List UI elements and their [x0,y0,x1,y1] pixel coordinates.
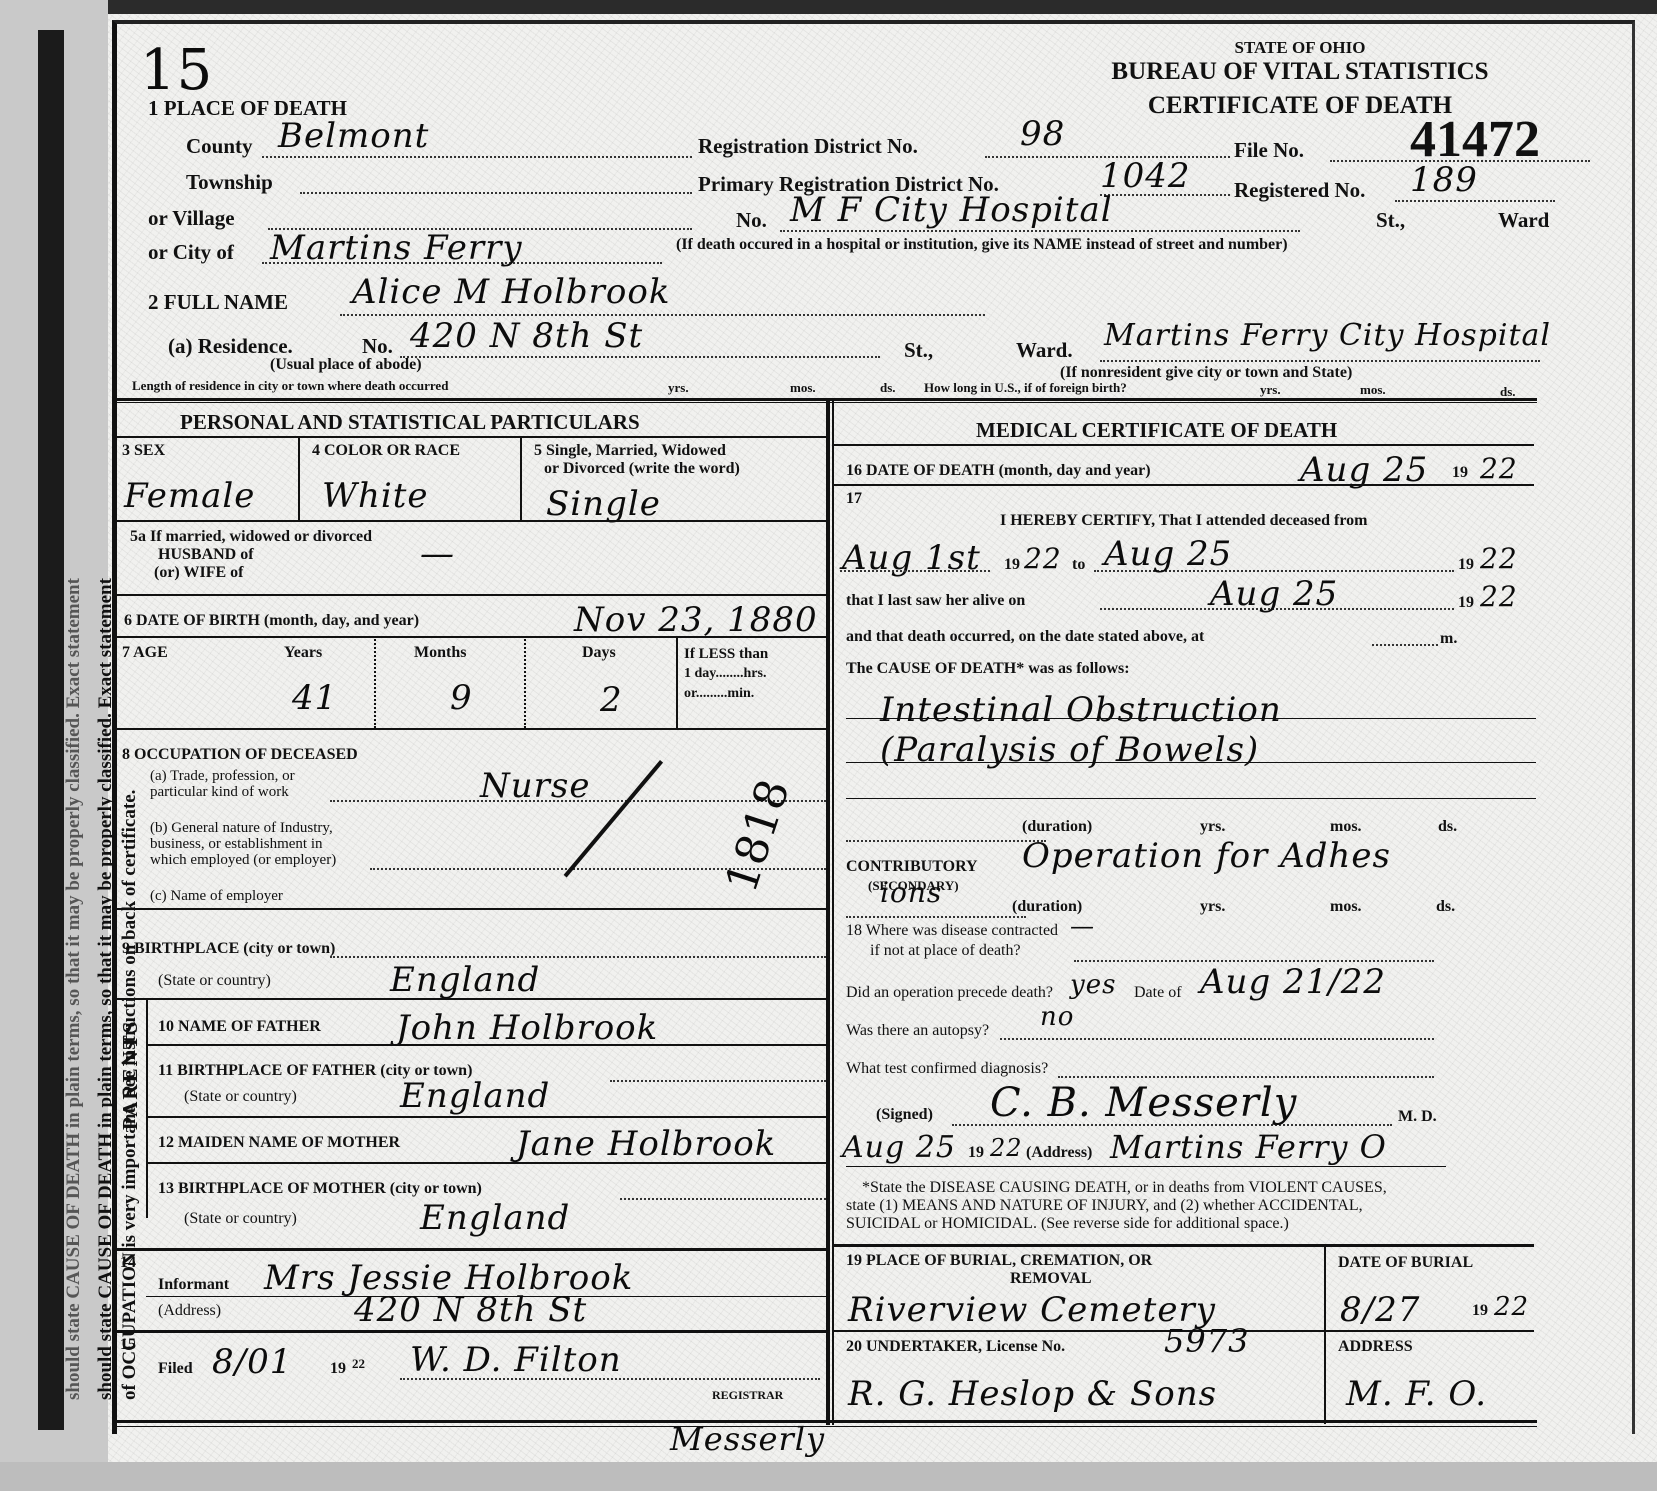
age-days-label: Days [582,644,616,662]
father-state-label: (State or country) [184,1088,297,1106]
city-value: Martins Ferry [270,228,523,268]
sign-date: Aug 25 [842,1130,956,1165]
registrar-label: REGISTRAR [712,1388,783,1403]
cause-line-1: Intestinal Obstruction [880,690,1282,730]
filed-label: Filed [158,1360,193,1378]
village-label: or Village [148,206,235,231]
autopsy-value: no [1040,1002,1074,1032]
undertaker-label: 20 UNDERTAKER, License No. [846,1338,1065,1356]
operation-date-label: Date of [1134,984,1182,1002]
file-no-label: File No. [1234,138,1304,163]
corner-number: 15 [140,38,213,103]
filed-year-prefix: 19 [330,1360,346,1378]
contracted-value: — [1070,912,1095,940]
abode-note: (Usual place of abode) [270,356,422,374]
reg-district-label: Registration District No. [698,134,918,159]
state-heading: STATE OF OHIO [1100,38,1500,58]
us-yrs: yrs. [1260,382,1281,398]
dod-label: 16 DATE OF DEATH (month, day and year) [846,462,1151,480]
signed-label: (Signed) [876,1106,933,1124]
m-label: m. [1440,630,1457,648]
to-label: to [1072,556,1085,574]
marital-label-2: or Divorced (write the word) [544,460,740,478]
length-mos: mos. [790,380,816,396]
birthplace-state-label: (State or country) [158,972,271,990]
length-yrs: yrs. [668,380,689,396]
ward-label: Ward [1498,208,1549,233]
spouse-value: — [420,534,455,574]
left-binding-bar [38,30,64,1430]
last-saw-label: that I last saw her alive on [846,592,1025,610]
operation-value: yes [1070,970,1116,1000]
age-months-value: 9 [450,678,473,718]
residence-ward-label: Ward. [1016,338,1073,363]
hospital-note: (If death occured in a hospital or insti… [676,236,1288,254]
spouse-label-1: 5a If married, widowed or divorced [130,528,372,546]
dod-year: 22 [1480,452,1518,485]
physician-address: Martins Ferry O [1110,1128,1387,1166]
sign-address-label: (Address) [1026,1144,1092,1162]
registrar-signature: W. D. Filton [410,1340,622,1380]
burial-place-value: Riverview Cemetery [848,1290,1216,1330]
less-than-label-3: or.........min. [684,686,754,702]
burial-date-label: DATE OF BURIAL [1338,1254,1473,1272]
mother-label: 12 MAIDEN NAME OF MOTHER [158,1134,400,1152]
operation-date-value: Aug 21/22 [1200,962,1386,1002]
marital-value: Single [546,484,661,524]
informant-num: 14 [120,1254,136,1272]
primary-reg-value: 1042 [1100,156,1191,196]
sign-year-prefix: 19 [968,1144,984,1162]
occ-a-label-2: particular kind of work [150,784,289,801]
how-long-us-label: How long in U.S., if of foreign birth? [924,380,1127,396]
last-year: 22 [1480,580,1518,613]
to-year-prefix: 19 [1458,556,1474,574]
autopsy-label: Was there an autopsy? [846,1022,989,1040]
race-value: White [322,476,429,516]
duration-mos-1: mos. [1330,818,1362,836]
last-saw-value: Aug 25 [1210,574,1338,614]
occ-c-label: (c) Name of employer [150,888,283,905]
attended-to: Aug 25 [1104,534,1232,574]
license-no-value: 5973 [1164,1322,1249,1360]
age-days-value: 2 [600,680,623,720]
personal-heading: PERSONAL AND STATISTICAL PARTICULARS [180,410,640,435]
burial-year: 22 [1494,1292,1529,1322]
scan-border-bottom [0,1462,1657,1491]
race-label: 4 COLOR OR RACE [312,442,460,460]
filed-date: 8/01 [212,1342,292,1382]
burial-date-value: 8/27 [1340,1290,1420,1330]
spouse-label-3: (or) WIFE of [154,564,243,582]
duration-label-1: (duration) [1022,818,1092,836]
occupation-label: 8 OCCUPATION OF DECEASED [122,746,358,764]
physician-signature: C. B. Messerly [990,1080,1297,1126]
occ-b-label-3: which employed (or employer) [150,852,336,869]
to-year: 22 [1480,542,1518,575]
undertaker-value: R. G. Heslop & Sons [848,1374,1217,1414]
street-label: St., [1376,208,1405,233]
filed-num: 15 [120,1336,136,1354]
residence-value: 420 N 8th St [410,316,643,356]
burial-place-label-1: 19 PLACE OF BURIAL, CREMATION, OR [846,1252,1152,1270]
occupation-value: Nurse [480,766,590,806]
duration-ds-1: ds. [1438,818,1457,836]
residence-ward-value: Martins Ferry City Hospital [1104,318,1551,353]
burial-place-label-2: REMOVAL [1010,1270,1092,1288]
marital-label-1: 5 Single, Married, Widowed [534,442,726,460]
bureau-heading: BUREAU OF VITAL STATISTICS [1040,58,1560,86]
father-label: 10 NAME OF FATHER [158,1018,321,1036]
footnote-line-3: SUICIDAL or HOMICIDAL. (See reverse side… [846,1214,1289,1233]
occ-b-label-1: (b) General nature of Industry, [150,820,333,837]
margin-line-1: should state CAUSE OF DEATH in plain ter… [62,60,86,1400]
dod-year-prefix: 19 [1452,464,1468,482]
last-year-prefix: 19 [1458,594,1474,612]
mother-value: Jane Holbrook [516,1124,776,1164]
father-birthplace-value: England [400,1076,550,1116]
from-year-prefix: 19 [1004,556,1020,574]
father-value: John Holbrook [396,1008,658,1048]
informant-address-label: (Address) [158,1302,221,1320]
footnote-line-1: *State the DISEASE CAUSING DEATH, or in … [862,1178,1387,1197]
county-label: County [186,134,253,159]
township-label: Township [186,170,273,195]
certify-text: I HEREBY CERTIFY, That I attended deceas… [1000,512,1367,530]
md-label: M. D. [1398,1108,1437,1126]
birthplace-value: England [390,960,540,1000]
sex-label: 3 SEX [122,442,165,460]
sign-year: 22 [990,1134,1023,1162]
burial-year-prefix: 19 [1472,1302,1488,1320]
occurred-label: and that death occurred, on the date sta… [846,628,1204,646]
registered-no-value: 189 [1410,160,1478,200]
contributory-value: Operation for Adhes [1022,836,1391,876]
reg-district-value: 98 [1020,114,1065,154]
age-label: 7 AGE [122,644,168,662]
age-months-label: Months [414,644,466,662]
duration-yrs-2: yrs. [1200,898,1225,916]
cause-label: The CAUSE OF DEATH* was as follows: [846,660,1130,678]
contracted-label-2: if not at place of death? [870,942,1021,960]
bottom-handwritten-note: Messerly [670,1420,825,1458]
duration-yrs-1: yrs. [1200,818,1225,836]
street-no-label: No. [736,208,767,233]
birthplace-label: 9 BIRTHPLACE (city or town) [122,940,335,958]
from-year: 22 [1024,542,1062,575]
duration-ds-2: ds. [1436,898,1455,916]
medical-heading: MEDICAL CERTIFICATE OF DEATH [976,418,1337,443]
residence-st-label: St., [904,338,933,363]
spouse-label-2: HUSBAND of [158,546,254,564]
us-mos: mos. [1360,382,1386,398]
informant-label: Informant [158,1276,229,1294]
parents-side-label: PARENTS [118,1020,143,1130]
mother-birthplace-value: England [420,1198,570,1238]
dob-value: Nov 23, 1880 [574,600,818,640]
attended-from: Aug 1st [842,538,981,578]
test-label: What test confirmed diagnosis? [846,1060,1048,1078]
filed-year: 22 [352,1356,365,1372]
full-name-value: Alice M Holbrook [352,272,670,312]
age-years-label: Years [284,644,322,662]
sex-value: Female [124,476,255,516]
mother-birthplace-label: 13 BIRTHPLACE OF MOTHER (city or town) [158,1180,482,1198]
hospital-value: M F City Hospital [790,190,1113,230]
full-name-label: 2 FULL NAME [148,290,288,315]
city-label: or City of [148,240,234,265]
contributory-label: CONTRIBUTORY [846,858,978,876]
county-value: Belmont [278,116,429,156]
dob-label: 6 DATE OF BIRTH (month, day, and year) [124,612,419,630]
num-17: 17 [846,490,862,508]
less-than-label-2: 1 day........hrs. [684,666,766,682]
cause-line-2: (Paralysis of Bowels) [880,730,1259,770]
footnote-line-2: state (1) MEANS AND NATURE OF INJURY, an… [846,1196,1363,1215]
informant-address-value: 420 N 8th St [354,1290,587,1330]
operation-label: Did an operation precede death? [846,984,1053,1002]
mother-state-label: (State or country) [184,1210,297,1228]
length-ds: ds. [880,380,896,396]
contracted-label-1: 18 Where was disease contracted [846,922,1058,940]
less-than-label-1: If LESS than [684,646,768,663]
registered-no-label: Registered No. [1234,178,1365,203]
scan-border-top [0,0,1657,14]
duration-mos-2: mos. [1330,898,1362,916]
occ-b-label-2: business, or establishment in [150,836,323,853]
age-years-value: 41 [292,678,337,718]
undertaker-address-value: M. F. O. [1346,1374,1487,1414]
undertaker-address-label: ADDRESS [1338,1338,1413,1356]
certificate-page: should state CAUSE OF DEATH in plain ter… [0,0,1657,1491]
contributory-value-2: ions [880,876,942,909]
length-residence-label: Length of residence in city or town wher… [132,378,448,394]
occ-a-label-1: (a) Trade, profession, or [150,768,295,785]
